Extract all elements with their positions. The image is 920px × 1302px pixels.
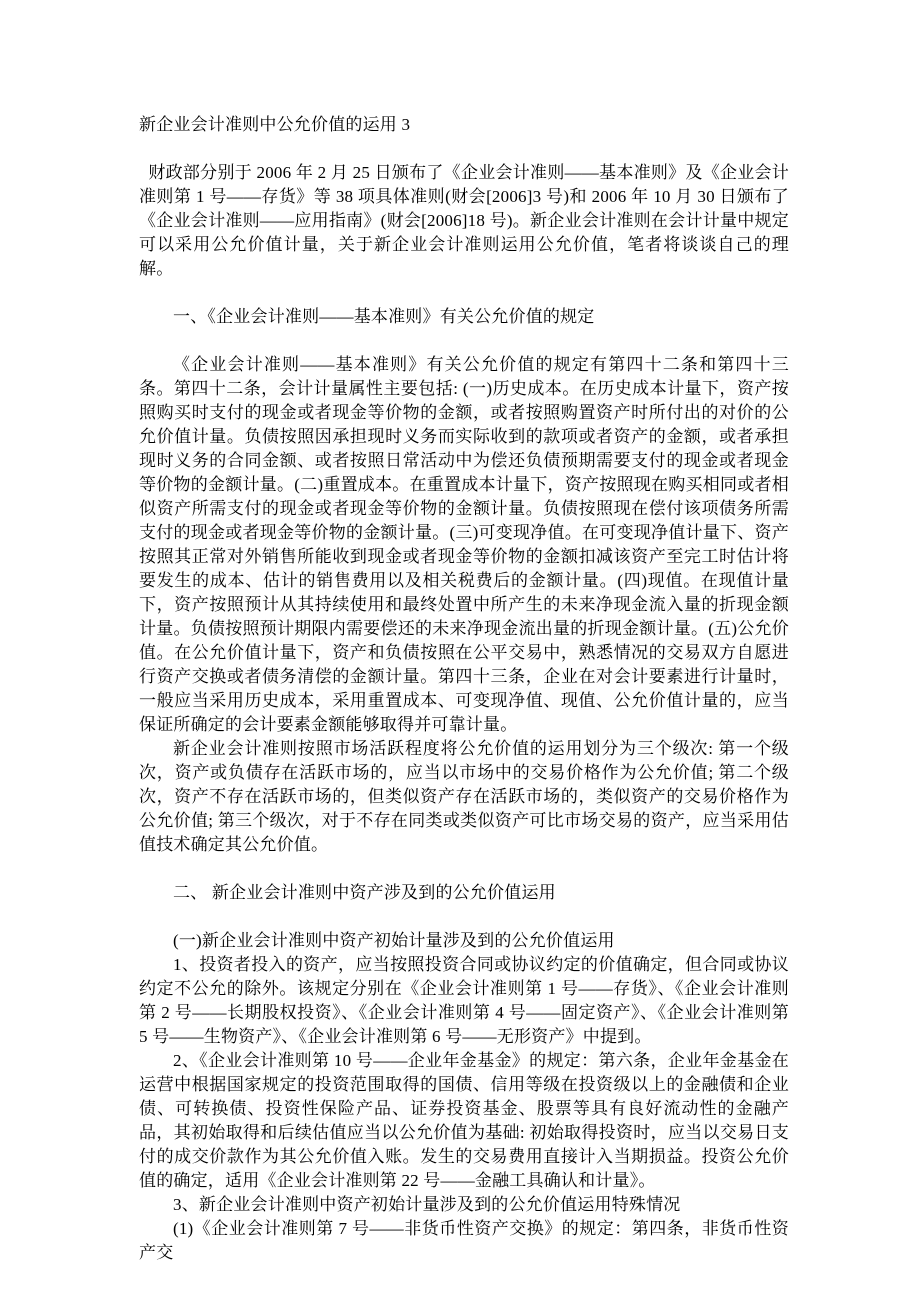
section-1-measurement-paragraph: 《企业会计准则——基本准则》有关公允价值的规定有第四十二条和第四十三条。第四十二… bbox=[139, 353, 789, 737]
item-2-paragraph: 2、《企业会计准则第 10 号——企业年金基金》的规定：第六条，企业年金基金在运… bbox=[139, 1049, 789, 1193]
document-body: 新企业会计准则中公允价值的运用 3 财政部分别于 2006 年 2 月 25 日… bbox=[0, 0, 789, 1265]
fair-value-levels-paragraph: 新企业会计准则按照市场活跃程度将公允价值的运用划分为三个级次: 第一个级次，资产… bbox=[139, 737, 789, 857]
section-2-heading: 二、 新企业会计准则中资产涉及到的公允价值运用 bbox=[139, 881, 789, 905]
document-page: { "page": { "background_color": "#ffffff… bbox=[0, 0, 920, 1302]
section-1-heading: 一、《企业会计准则——基本准则》有关公允价值的规定 bbox=[139, 305, 789, 329]
intro-paragraph: 财政部分别于 2006 年 2 月 25 日颁布了《企业会计准则——基本准则》及… bbox=[139, 161, 789, 281]
subsection-2-1-heading: (一)新企业会计准则中资产初始计量涉及到的公允价值运用 bbox=[139, 929, 789, 953]
document-title: 新企业会计准则中公允价值的运用 3 bbox=[139, 113, 789, 137]
item-3-heading: 3、新企业会计准则中资产初始计量涉及到的公允价值运用特殊情况 bbox=[139, 1193, 789, 1217]
item-3-sub-1-paragraph: (1)《企业会计准则第 7 号——非货币性资产交换》的规定：第四条，非货币性资产… bbox=[139, 1217, 789, 1265]
item-1-paragraph: 1、投资者投入的资产，应当按照投资合同或协议约定的价值确定，但合同或协议约定不公… bbox=[139, 953, 789, 1049]
